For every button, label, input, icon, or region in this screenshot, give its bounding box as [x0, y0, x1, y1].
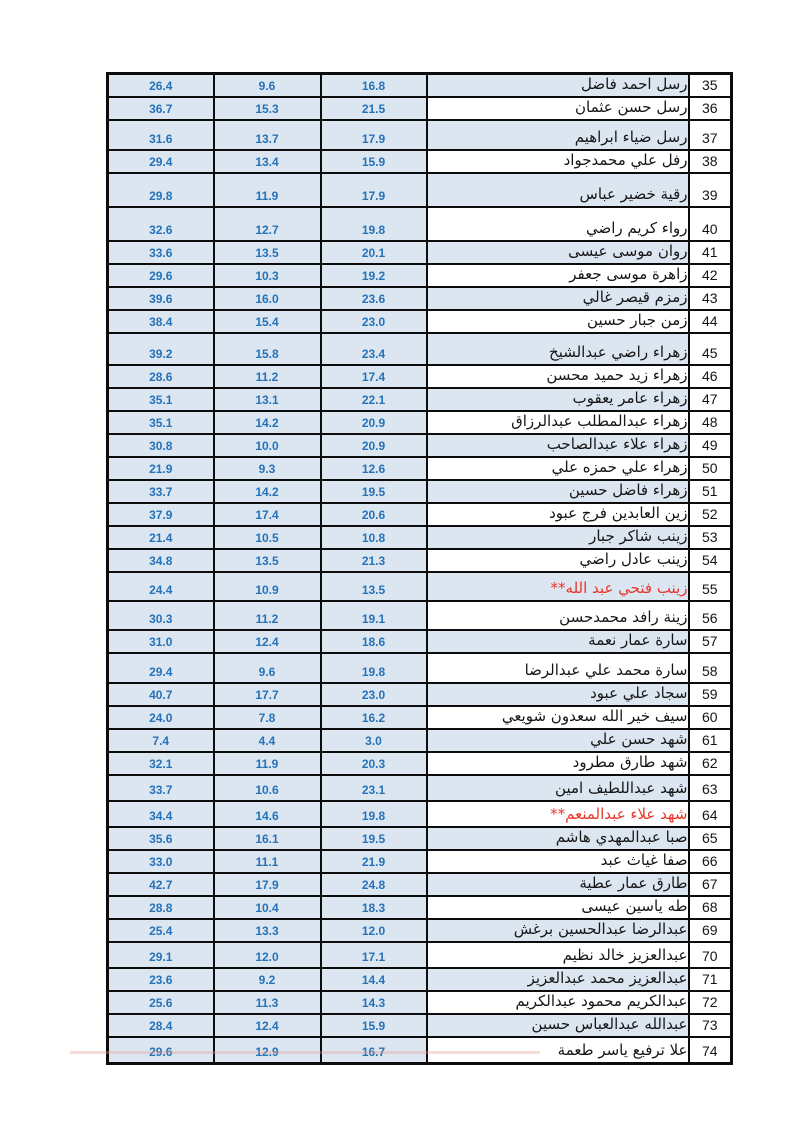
student-name-cell: عبدالعزيز خالد نظيم	[427, 942, 689, 968]
table-row: 21.410.510.8زينب شاكر جبار53	[108, 526, 732, 549]
table-row: 42.717.924.8طارق عمار عطية67	[108, 873, 732, 896]
score-cell-1: 29.6	[108, 264, 214, 287]
score-cell-2: 11.2	[214, 365, 321, 388]
row-number-cell: 72	[689, 991, 732, 1014]
table-row: 21.99.312.6زهراء علي حمزه علي50	[108, 457, 732, 480]
student-name-cell: شهد عبداللطيف امين	[427, 775, 689, 801]
score-cell-3: 23.0	[321, 310, 427, 333]
row-number-cell: 74	[689, 1037, 732, 1063]
row-number-cell: 52	[689, 503, 732, 526]
table-row: 35.616.119.5صبا عبدالمهدي هاشم65	[108, 827, 732, 850]
score-cell-1: 32.6	[108, 207, 214, 241]
score-cell-2: 11.9	[214, 173, 321, 207]
row-number-cell: 36	[689, 97, 732, 120]
score-cell-2: 10.5	[214, 526, 321, 549]
row-number-cell: 37	[689, 120, 732, 150]
row-number-cell: 49	[689, 434, 732, 457]
score-cell-1: 29.6	[108, 1037, 214, 1063]
score-cell-2: 11.2	[214, 601, 321, 630]
score-cell-2: 12.7	[214, 207, 321, 241]
row-number-cell: 42	[689, 264, 732, 287]
table-row: 33.710.623.1شهد عبداللطيف امين63	[108, 775, 732, 801]
score-cell-2: 12.0	[214, 942, 321, 968]
table-row: 7.44.43.0شهد حسن علي61	[108, 729, 732, 752]
score-cell-2: 10.9	[214, 572, 321, 601]
student-name-cell: زهراء زيد حميد محسن	[427, 365, 689, 388]
score-cell-2: 16.1	[214, 827, 321, 850]
row-number-cell: 38	[689, 150, 732, 173]
score-cell-2: 13.5	[214, 241, 321, 264]
table-row: 28.810.418.3طه ياسين عيسى68	[108, 896, 732, 919]
score-cell-2: 13.4	[214, 150, 321, 173]
student-name-cell: زينب شاكر جبار	[427, 526, 689, 549]
row-number-cell: 57	[689, 630, 732, 653]
score-cell-2: 13.7	[214, 120, 321, 150]
student-name-cell: زهراء راضي عبدالشيخ	[427, 333, 689, 365]
score-cell-1: 29.1	[108, 942, 214, 968]
table-row: 30.810.020.9زهراء علاء عبدالصاحب49	[108, 434, 732, 457]
student-name-cell: زهراء عبدالمطلب عبدالرزاق	[427, 411, 689, 434]
table-row: 31.613.717.9رسل ضياء ابراهيم37	[108, 120, 732, 150]
score-cell-2: 10.4	[214, 896, 321, 919]
row-number-cell: 56	[689, 601, 732, 630]
score-cell-2: 17.4	[214, 503, 321, 526]
row-number-cell: 70	[689, 942, 732, 968]
score-cell-1: 21.4	[108, 526, 214, 549]
row-number-cell: 54	[689, 549, 732, 572]
student-name-cell: زمن جبار حسين	[427, 310, 689, 333]
score-cell-3: 20.6	[321, 503, 427, 526]
score-cell-1: 28.8	[108, 896, 214, 919]
score-cell-3: 19.5	[321, 480, 427, 503]
score-cell-2: 12.4	[214, 1014, 321, 1037]
student-name-cell: شهد طارق مطرود	[427, 752, 689, 775]
row-number-cell: 58	[689, 653, 732, 683]
student-name-cell: سارة عمار نعمة	[427, 630, 689, 653]
student-name-cell: روان موسى عيسى	[427, 241, 689, 264]
score-cell-3: 21.3	[321, 549, 427, 572]
score-cell-2: 14.6	[214, 801, 321, 827]
student-name-cell: علا ترفيع ياسر طعمة	[427, 1037, 689, 1063]
row-number-cell: 62	[689, 752, 732, 775]
table-row: 34.813.521.3زينب عادل راضي54	[108, 549, 732, 572]
score-cell-1: 24.4	[108, 572, 214, 601]
table-row: 25.611.314.3عبدالكريم محمود عبدالكريم72	[108, 991, 732, 1014]
students-table-body: 26.49.616.8رسل احمد فاضل3536.715.321.5رس…	[108, 74, 732, 1064]
table-row: 35.114.220.9زهراء عبدالمطلب عبدالرزاق48	[108, 411, 732, 434]
score-cell-3: 14.3	[321, 991, 427, 1014]
score-cell-1: 32.1	[108, 752, 214, 775]
score-cell-1: 35.6	[108, 827, 214, 850]
table-row: 35.113.122.1زهراء عامر يعقوب47	[108, 388, 732, 411]
student-name-cell: رسل حسن عثمان	[427, 97, 689, 120]
score-cell-1: 29.8	[108, 173, 214, 207]
score-cell-3: 20.3	[321, 752, 427, 775]
student-name-cell: رقية خضير عباس	[427, 173, 689, 207]
row-number-cell: 69	[689, 919, 732, 942]
row-number-cell: 47	[689, 388, 732, 411]
table-row: 28.611.217.4زهراء زيد حميد محسن46	[108, 365, 732, 388]
student-name-cell: صفا غياث عبد	[427, 850, 689, 873]
table-row: 25.413.312.0عبدالرضا عبدالحسين برغش69	[108, 919, 732, 942]
table-row: 29.612.916.7علا ترفيع ياسر طعمة74	[108, 1037, 732, 1063]
score-cell-3: 16.8	[321, 74, 427, 98]
student-name-cell: عبدالله عبدالعباس حسين	[427, 1014, 689, 1037]
score-cell-3: 19.8	[321, 801, 427, 827]
student-name-cell: زين العابدين فرج عبود	[427, 503, 689, 526]
table-row: 39.215.823.4زهراء راضي عبدالشيخ45	[108, 333, 732, 365]
score-cell-1: 34.4	[108, 801, 214, 827]
student-name-cell: زمزم قيصر غالي	[427, 287, 689, 310]
score-cell-2: 12.4	[214, 630, 321, 653]
score-cell-2: 9.6	[214, 74, 321, 98]
students-table: 26.49.616.8رسل احمد فاضل3536.715.321.5رس…	[106, 72, 733, 1065]
table-row: 40.717.723.0سجاد علي عبود59	[108, 683, 732, 706]
score-cell-1: 24.0	[108, 706, 214, 729]
score-cell-3: 10.8	[321, 526, 427, 549]
score-cell-3: 12.0	[321, 919, 427, 942]
score-cell-1: 31.0	[108, 630, 214, 653]
student-name-cell: شهد حسن علي	[427, 729, 689, 752]
row-number-cell: 44	[689, 310, 732, 333]
score-cell-1: 42.7	[108, 873, 214, 896]
score-cell-2: 11.3	[214, 991, 321, 1014]
table-row: 32.111.920.3شهد طارق مطرود62	[108, 752, 732, 775]
student-name-cell: شهد علاء عبدالمنعم**	[427, 801, 689, 827]
score-cell-2: 9.3	[214, 457, 321, 480]
student-name-cell: طارق عمار عطية	[427, 873, 689, 896]
score-cell-1: 39.6	[108, 287, 214, 310]
score-cell-1: 26.4	[108, 74, 214, 98]
score-cell-1: 35.1	[108, 388, 214, 411]
score-cell-1: 36.7	[108, 97, 214, 120]
score-cell-2: 13.5	[214, 549, 321, 572]
score-cell-3: 19.5	[321, 827, 427, 850]
table-row: 33.613.520.1روان موسى عيسى41	[108, 241, 732, 264]
score-cell-3: 20.1	[321, 241, 427, 264]
score-cell-2: 14.2	[214, 411, 321, 434]
score-cell-1: 40.7	[108, 683, 214, 706]
score-cell-1: 33.6	[108, 241, 214, 264]
table-row: 29.811.917.9رقية خضير عباس39	[108, 173, 732, 207]
score-cell-3: 22.1	[321, 388, 427, 411]
student-name-cell: عبدالرضا عبدالحسين برغش	[427, 919, 689, 942]
student-name-cell: زينب فتحي عبد الله**	[427, 572, 689, 601]
score-cell-1: 35.1	[108, 411, 214, 434]
table-row: 38.415.423.0زمن جبار حسين44	[108, 310, 732, 333]
row-number-cell: 35	[689, 74, 732, 98]
table-row: 37.917.420.6زين العابدين فرج عبود52	[108, 503, 732, 526]
row-number-cell: 50	[689, 457, 732, 480]
score-cell-1: 34.8	[108, 549, 214, 572]
row-number-cell: 60	[689, 706, 732, 729]
row-number-cell: 73	[689, 1014, 732, 1037]
table-row: 29.49.619.8سارة محمد علي عبدالرضا58	[108, 653, 732, 683]
table-row: 28.412.415.9عبدالله عبدالعباس حسين73	[108, 1014, 732, 1037]
scan-artifact-line	[70, 1051, 540, 1054]
score-cell-2: 10.3	[214, 264, 321, 287]
score-cell-3: 15.9	[321, 150, 427, 173]
table-row: 34.414.619.8شهد علاء عبدالمنعم**64	[108, 801, 732, 827]
student-name-cell: زينة رافد محمدحسن	[427, 601, 689, 630]
student-name-cell: زهراء علي حمزه علي	[427, 457, 689, 480]
score-cell-3: 19.8	[321, 207, 427, 241]
student-name-cell: صبا عبدالمهدي هاشم	[427, 827, 689, 850]
score-cell-2: 7.8	[214, 706, 321, 729]
row-number-cell: 64	[689, 801, 732, 827]
table-row: 33.011.121.9صفا غياث عبد66	[108, 850, 732, 873]
score-cell-1: 33.0	[108, 850, 214, 873]
score-cell-3: 23.1	[321, 775, 427, 801]
score-cell-1: 25.6	[108, 991, 214, 1014]
row-number-cell: 59	[689, 683, 732, 706]
score-cell-3: 23.6	[321, 287, 427, 310]
score-cell-1: 28.6	[108, 365, 214, 388]
document-page: 26.49.616.8رسل احمد فاضل3536.715.321.5رس…	[0, 0, 793, 1122]
score-cell-3: 20.9	[321, 434, 427, 457]
row-number-cell: 68	[689, 896, 732, 919]
score-cell-1: 33.7	[108, 480, 214, 503]
score-cell-3: 24.8	[321, 873, 427, 896]
row-number-cell: 46	[689, 365, 732, 388]
student-name-cell: زهراء فاضل حسين	[427, 480, 689, 503]
score-cell-1: 39.2	[108, 333, 214, 365]
table-row: 39.616.023.6زمزم قيصر غالي43	[108, 287, 732, 310]
score-cell-3: 21.9	[321, 850, 427, 873]
score-cell-2: 10.6	[214, 775, 321, 801]
score-cell-3: 17.1	[321, 942, 427, 968]
table-row: 26.49.616.8رسل احمد فاضل35	[108, 74, 732, 98]
score-cell-1: 29.4	[108, 150, 214, 173]
score-cell-2: 14.2	[214, 480, 321, 503]
score-cell-1: 29.4	[108, 653, 214, 683]
score-cell-2: 12.9	[214, 1037, 321, 1063]
student-name-cell: سارة محمد علي عبدالرضا	[427, 653, 689, 683]
score-cell-1: 28.4	[108, 1014, 214, 1037]
score-cell-3: 15.9	[321, 1014, 427, 1037]
student-name-cell: عبدالعزيز محمد عبدالعزيز	[427, 968, 689, 991]
row-number-cell: 66	[689, 850, 732, 873]
row-number-cell: 45	[689, 333, 732, 365]
row-number-cell: 48	[689, 411, 732, 434]
score-cell-3: 19.2	[321, 264, 427, 287]
score-cell-1: 31.6	[108, 120, 214, 150]
row-number-cell: 55	[689, 572, 732, 601]
score-cell-3: 17.9	[321, 173, 427, 207]
score-cell-3: 17.9	[321, 120, 427, 150]
score-cell-3: 3.0	[321, 729, 427, 752]
score-cell-3: 23.0	[321, 683, 427, 706]
table-row: 24.07.816.2سيف خير الله سعدون شويعي60	[108, 706, 732, 729]
student-name-cell: زهراء عامر يعقوب	[427, 388, 689, 411]
student-name-cell: رفل علي محمدجواد	[427, 150, 689, 173]
row-number-cell: 43	[689, 287, 732, 310]
score-cell-1: 33.7	[108, 775, 214, 801]
score-cell-3: 16.2	[321, 706, 427, 729]
score-cell-3: 17.4	[321, 365, 427, 388]
score-cell-3: 16.7	[321, 1037, 427, 1063]
score-cell-3: 13.5	[321, 572, 427, 601]
row-number-cell: 63	[689, 775, 732, 801]
score-cell-2: 17.7	[214, 683, 321, 706]
score-cell-1: 38.4	[108, 310, 214, 333]
row-number-cell: 61	[689, 729, 732, 752]
score-cell-3: 18.6	[321, 630, 427, 653]
score-cell-2: 15.4	[214, 310, 321, 333]
student-name-cell: عبدالكريم محمود عبدالكريم	[427, 991, 689, 1014]
score-cell-1: 21.9	[108, 457, 214, 480]
score-cell-2: 13.3	[214, 919, 321, 942]
score-cell-2: 15.3	[214, 97, 321, 120]
score-cell-2: 9.2	[214, 968, 321, 991]
score-cell-1: 7.4	[108, 729, 214, 752]
score-cell-2: 11.1	[214, 850, 321, 873]
table-row: 36.715.321.5رسل حسن عثمان36	[108, 97, 732, 120]
table-row: 23.69.214.4عبدالعزيز محمد عبدالعزيز71	[108, 968, 732, 991]
student-name-cell: سجاد علي عبود	[427, 683, 689, 706]
score-cell-2: 10.0	[214, 434, 321, 457]
student-name-cell: زينب عادل راضي	[427, 549, 689, 572]
row-number-cell: 51	[689, 480, 732, 503]
table-row: 30.311.219.1زينة رافد محمدحسن56	[108, 601, 732, 630]
student-name-cell: زاهرة موسى جعفر	[427, 264, 689, 287]
student-name-cell: طه ياسين عيسى	[427, 896, 689, 919]
score-cell-2: 13.1	[214, 388, 321, 411]
score-cell-3: 21.5	[321, 97, 427, 120]
row-number-cell: 67	[689, 873, 732, 896]
score-cell-3: 19.8	[321, 653, 427, 683]
score-cell-3: 20.9	[321, 411, 427, 434]
score-cell-2: 9.6	[214, 653, 321, 683]
row-number-cell: 53	[689, 526, 732, 549]
student-name-cell: سيف خير الله سعدون شويعي	[427, 706, 689, 729]
student-name-cell: زهراء علاء عبدالصاحب	[427, 434, 689, 457]
table-row: 29.112.017.1عبدالعزيز خالد نظيم70	[108, 942, 732, 968]
score-cell-3: 14.4	[321, 968, 427, 991]
table-row: 29.610.319.2زاهرة موسى جعفر42	[108, 264, 732, 287]
score-cell-1: 30.3	[108, 601, 214, 630]
score-cell-3: 18.3	[321, 896, 427, 919]
row-number-cell: 65	[689, 827, 732, 850]
student-name-cell: رسل احمد فاضل	[427, 74, 689, 98]
score-cell-2: 16.0	[214, 287, 321, 310]
score-cell-3: 23.4	[321, 333, 427, 365]
row-number-cell: 39	[689, 173, 732, 207]
score-cell-2: 15.8	[214, 333, 321, 365]
table-row: 32.612.719.8رواء كريم راضي40	[108, 207, 732, 241]
row-number-cell: 41	[689, 241, 732, 264]
score-cell-1: 30.8	[108, 434, 214, 457]
score-cell-2: 17.9	[214, 873, 321, 896]
student-name-cell: رواء كريم راضي	[427, 207, 689, 241]
table-row: 29.413.415.9رفل علي محمدجواد38	[108, 150, 732, 173]
score-cell-1: 25.4	[108, 919, 214, 942]
student-name-cell: رسل ضياء ابراهيم	[427, 120, 689, 150]
score-cell-2: 4.4	[214, 729, 321, 752]
row-number-cell: 71	[689, 968, 732, 991]
table-row: 33.714.219.5زهراء فاضل حسين51	[108, 480, 732, 503]
table-row: 31.012.418.6سارة عمار نعمة57	[108, 630, 732, 653]
row-number-cell: 40	[689, 207, 732, 241]
score-cell-1: 37.9	[108, 503, 214, 526]
table-row: 24.410.913.5زينب فتحي عبد الله**55	[108, 572, 732, 601]
score-cell-3: 12.6	[321, 457, 427, 480]
score-cell-1: 23.6	[108, 968, 214, 991]
score-cell-2: 11.9	[214, 752, 321, 775]
score-cell-3: 19.1	[321, 601, 427, 630]
